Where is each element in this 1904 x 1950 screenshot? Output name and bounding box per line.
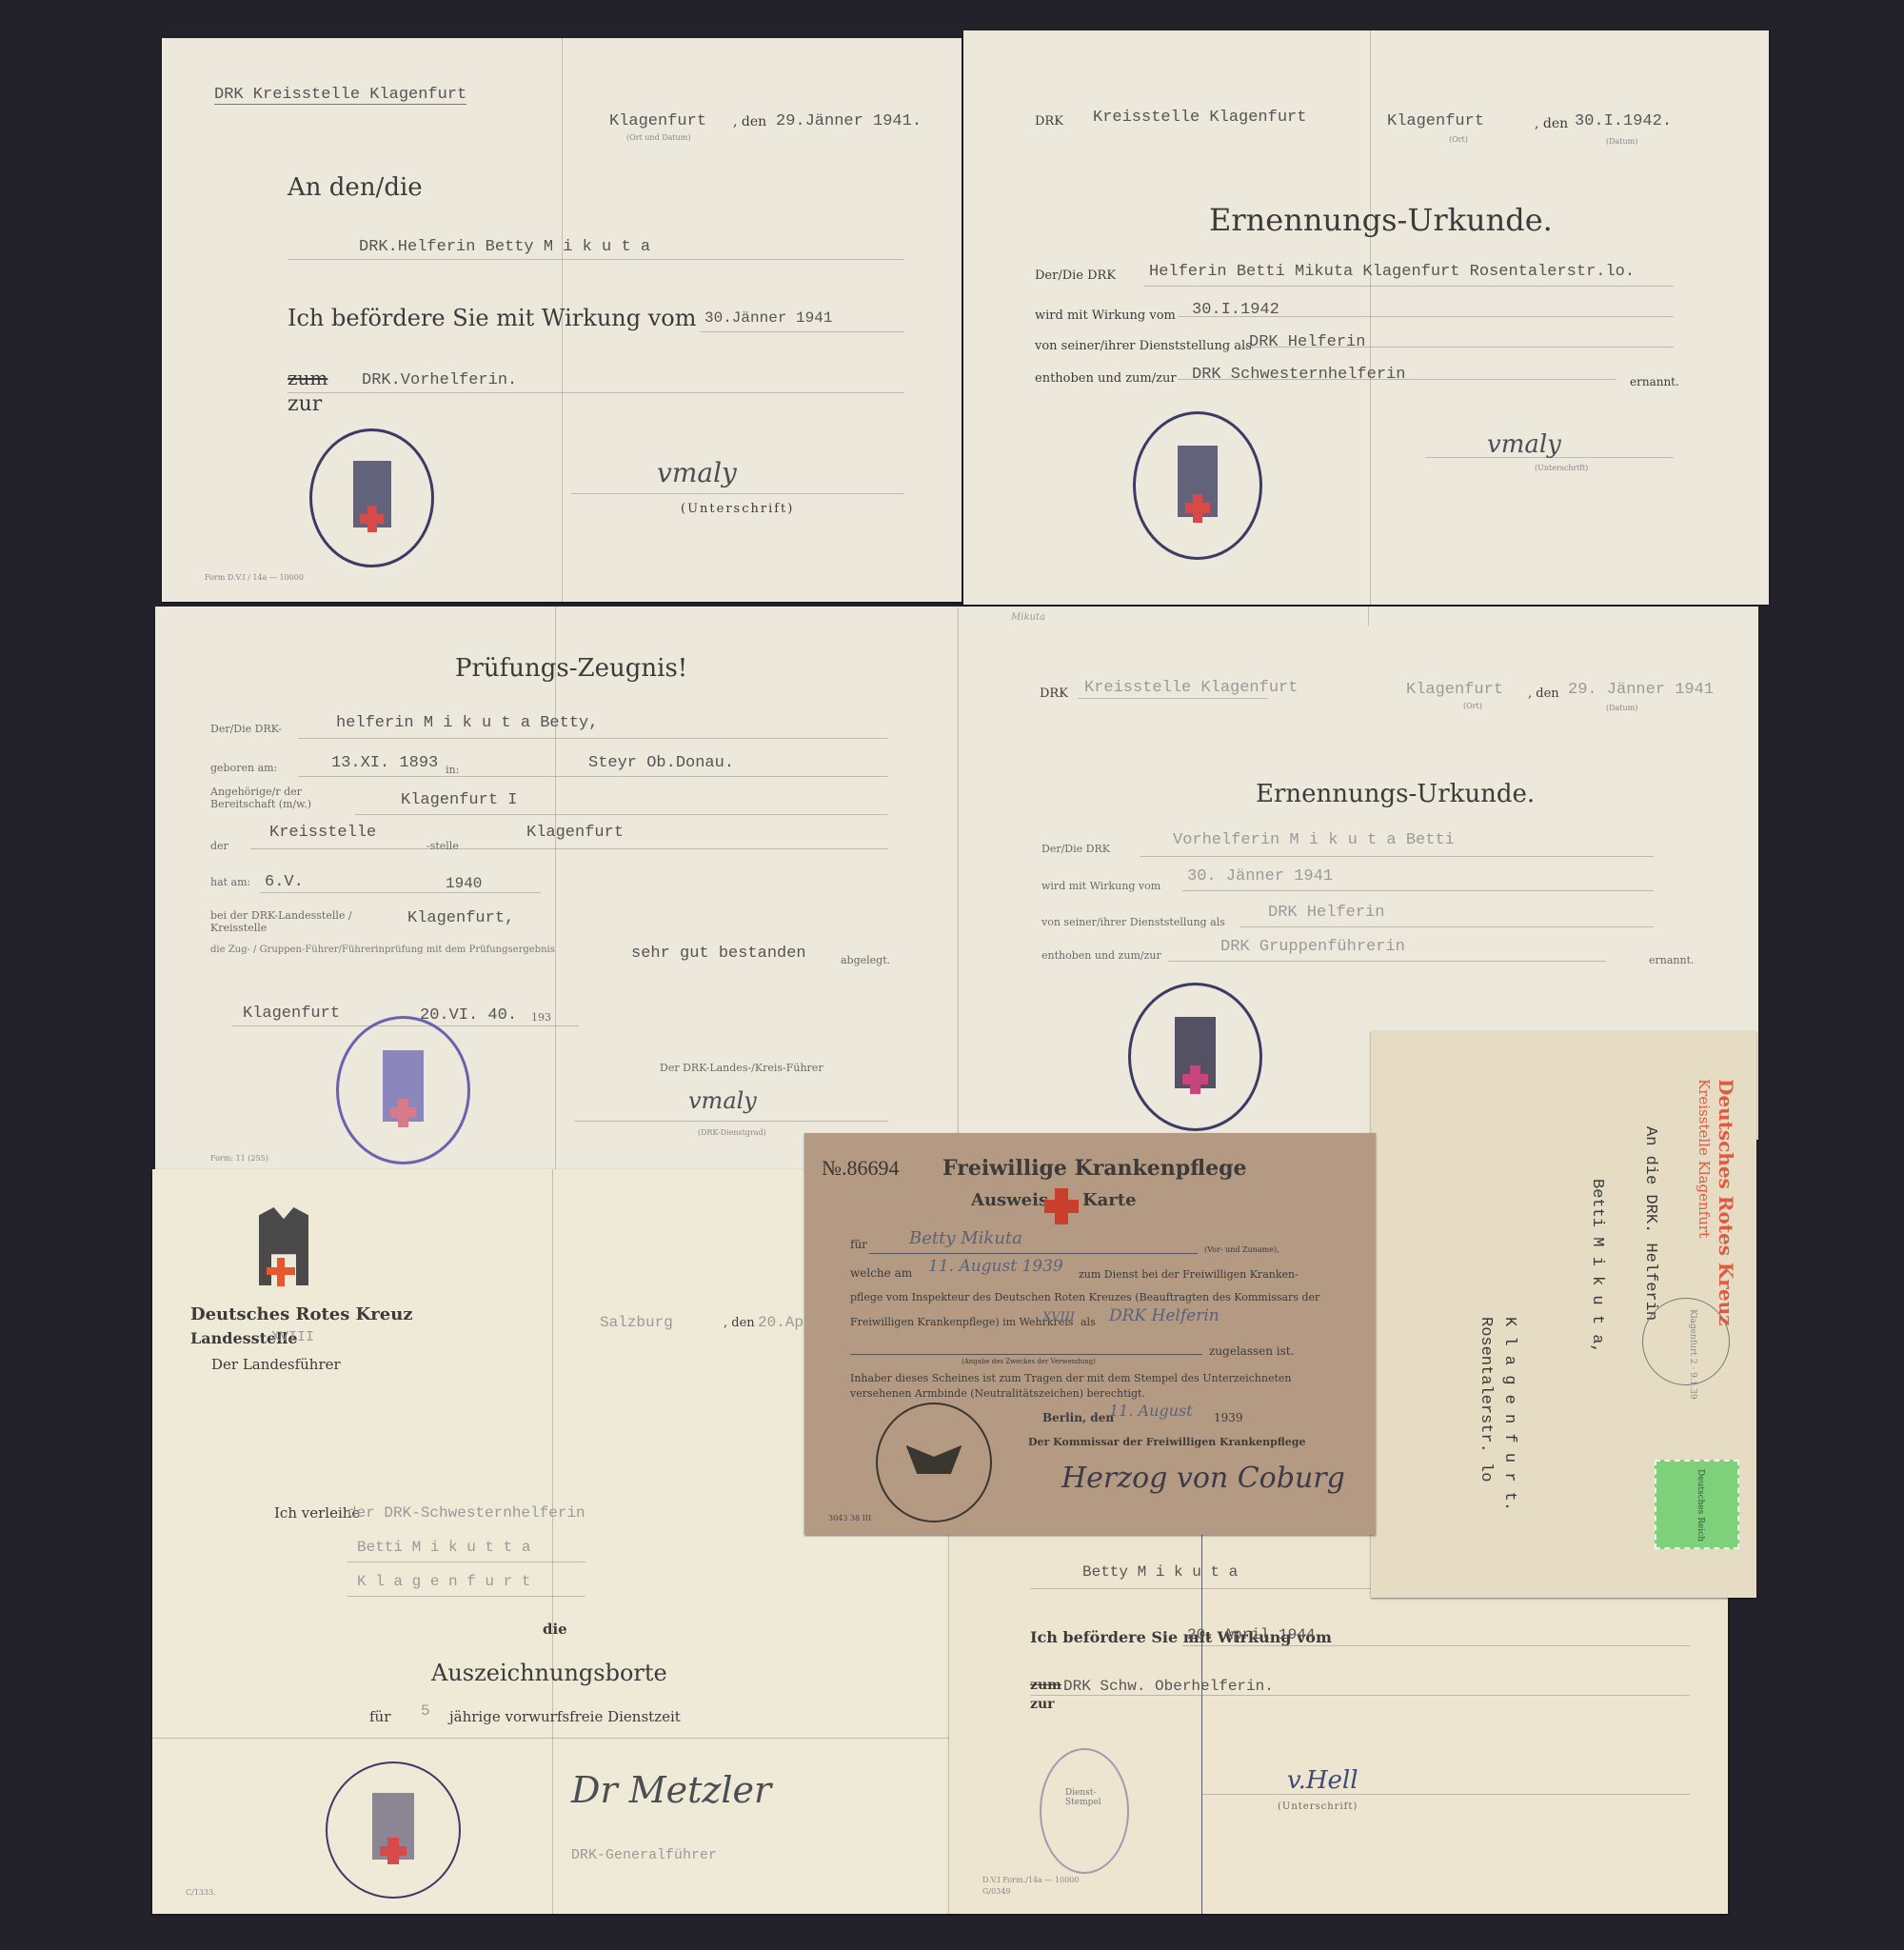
line4-value: DRK Helferin [1109,1306,1220,1325]
form-number: Form D.V.I / 14a — 10000 [205,573,304,582]
address-city: K l a g e n f u r t. [1500,1317,1518,1511]
rank: DRK Schw. Oberhelferin. [1063,1678,1274,1695]
card-title: Freiwillige Krankenpflege [942,1156,1247,1181]
kommissar-stamp [876,1403,992,1522]
row-value: 30. Jänner 1941 [1187,867,1333,885]
eagle-icon [906,1445,962,1475]
place: Klagenfurt [1406,681,1503,699]
appointment-certificate-1942: DRK Kreisstelle Klagenfurt Klagenfurt (O… [963,30,1769,605]
row-value: sehr gut bestanden [631,945,806,963]
date: 20.VI. 40. [420,1006,517,1025]
for-caption: (Vor- und Zuname), [1204,1245,1279,1254]
form-number: C/1333. [186,1888,216,1897]
wehrkreis: XVIII [1042,1310,1075,1324]
to-label: zur [288,392,322,416]
date-caption: (Datum) [1606,137,1637,146]
issuer: Der Kommissar der Freiwilligen Krankenpf… [1028,1436,1306,1448]
place: Klagenfurt [609,112,706,130]
envelope: Deutsches Rotes Kreuz Kreisstelle Klagen… [1371,1031,1756,1598]
row-label: Angehörige/r der Bereitschaft (m/w.) [210,786,334,810]
addressee-line1: An die DRK. Helferin [1641,1126,1659,1321]
row-value: DRK Helferin [1268,904,1384,922]
signer-label: Der DRK-Landes-/Kreis-Führer [660,1062,823,1074]
body-text: Inhaber dieses Scheines ist zum Tragen d… [850,1371,1326,1402]
line4-text: Freiwilligen Krankenpflege) im Wehrkreis [850,1316,1073,1328]
place: Klagenfurt [243,1005,340,1023]
for-value: Betty Mikuta [909,1228,1022,1248]
rank: DRK.Vorhelferin. [362,371,517,389]
signature-caption: (Unterschrift) [1278,1801,1358,1812]
paper-fold [152,1738,954,1739]
drk-stamp [326,1761,461,1899]
row-label: der [210,840,228,852]
form-number: D.V.I Form./14a — 10000 [982,1876,1079,1884]
article: die [543,1621,567,1638]
row-value: Kreisstelle [269,824,376,842]
sender-unit: Kreisstelle Klagenfurt [1696,1079,1713,1238]
row-value: Vorhelferin M i k u t a Betti [1173,831,1455,849]
recipient: Betty M i k u t a [1082,1563,1238,1581]
row-value: Klagenfurt [526,824,624,842]
row-value: Klagenfurt, [407,909,514,927]
row-value: Steyr Ob.Donau. [588,754,734,772]
duration-prefix: für [369,1708,390,1725]
row-value: helferin M i k u t a Betty, [336,714,598,732]
for-label: für [850,1238,867,1251]
doc-header: Kreisstelle Klagenfurt [1093,109,1306,127]
signature: vmaly [688,1087,757,1114]
row-label: wird mit Wirkung vom [1035,308,1176,323]
paper-fold [552,1169,553,1914]
recipient: DRK.Helferin Betty M i k u t a [359,238,650,256]
drk-stamp [336,1016,470,1164]
row-label: -stelle [426,840,459,852]
to-label-struck: zum [288,367,327,389]
signature: Dr Metzler [571,1769,771,1811]
line3-text: pflege vom Inspekteur des Deutschen Rote… [850,1291,1319,1303]
form-number: G/0349 [982,1887,1010,1896]
date-prefix: , den [733,114,766,129]
row-label: von seiner/ihrer Dienststellung als [1035,339,1252,353]
doc-header: DRK Kreisstelle Klagenfurt [214,86,466,105]
paper-fold [1368,607,1369,626]
row-value: Klagenfurt I [401,791,517,809]
effective-date: 20. April 1944 [1187,1626,1315,1643]
place-caption: (Ort) [1463,702,1482,710]
signature: Herzog von Coburg [1061,1462,1345,1495]
sender-org: Deutsches Rotes Kreuz [1715,1079,1737,1325]
row-label: die Zug- / Gruppen-Führer/Führerinprüfun… [210,945,563,955]
header-prefix: DRK [1040,686,1068,701]
row-label: Der/Die DRK- [210,723,282,735]
line2-label: welche am [850,1266,912,1280]
org-unit-value: XVIII [271,1329,314,1345]
salutation: An den/die [288,173,423,202]
row-label: Der/Die DRK [1035,269,1116,283]
header-prefix: DRK [1035,114,1063,129]
date-prefix: , den [1535,116,1568,131]
paper-fold [555,607,556,1171]
title: Ernennungs-Urkunde. [1209,202,1553,238]
line2-value: 11. August 1939 [928,1257,1063,1276]
row-label: enthoben und zum/zur [1035,371,1177,386]
form-number: Form: 11 (255) [210,1154,268,1163]
postmark [1642,1298,1730,1385]
row-suffix: abgelegt. [841,954,890,966]
doc-header: Kreisstelle Klagenfurt [1084,679,1298,697]
row-label: von seiner/ihrer Dienststellung als [1041,916,1225,928]
award-to: der DRK-Schwesternhelferin [347,1504,585,1522]
postage-stamp: Deutsches Reich [1655,1460,1739,1549]
date: 29. Jänner 1941 [1568,681,1714,699]
city: K l a g e n f u r t [357,1573,530,1590]
paper-fold [1370,30,1371,605]
place-caption: (Ort und Datum) [626,133,691,142]
issued-value: 11. August [1109,1402,1193,1420]
place: Klagenfurt [1387,112,1484,130]
line5-caption: (Angabe des Zweckes der Verwendung) [962,1358,1096,1365]
row-value: 13.XI. 1893 [331,754,438,772]
card-subtitle-left: Ausweis- [971,1190,1056,1210]
signature: vmaly [1487,430,1561,459]
row-label: wird mit Wirkung vom [1041,880,1160,892]
title: Prüfungs-Zeugnis! [455,654,687,683]
row-year: 1940 [446,875,482,892]
exam-certificate: Prüfungs-Zeugnis! Der/Die DRK- helferin … [155,607,960,1171]
place-caption: (Ort) [1449,135,1468,144]
signature-caption: (Unterschrift) [1535,464,1588,472]
drk-stamp [1133,411,1262,560]
year-prefix: 193 [531,1011,551,1024]
issued-label: Berlin, den [1042,1411,1114,1424]
duration-suffix: jährige vorwurfsfreie Dienstzeit [449,1708,681,1725]
row-value: 6.V. [265,873,304,891]
card-subtitle-right: Karte [1082,1190,1137,1210]
award-title: Auszeichnungsborte [431,1660,667,1686]
row-label: hat am: [210,876,250,888]
signature: v.Hell [1287,1766,1359,1795]
line5-suffix: zugelassen ist. [1209,1344,1294,1358]
postmark-text: Klagenfurt 2 · 9.1.39 [1688,1309,1697,1400]
drk-stamp [1128,983,1262,1131]
signature-caption: (Unterschrift) [681,502,794,516]
effective-date: 30.Jänner 1941 [704,309,832,327]
row-label: Der/Die DRK [1041,843,1110,855]
date-caption: (Datum) [1606,704,1637,712]
row-label: enthoben und zum/zur [1041,949,1161,962]
name: Betti M i k u t t a [357,1539,530,1556]
promotion-text: Ich befördere Sie mit Wirkung vom [288,305,697,331]
signer-title: DRK-Generalführer [571,1847,717,1863]
to-label: zur [1030,1697,1055,1712]
margin-note: Mikuta [1011,612,1045,623]
paper-fold [1201,1523,1202,1914]
date: 30.I.1942. [1575,112,1672,130]
card-number: №.86694 [822,1156,900,1181]
service-stamp: Dienst-Stempel [1040,1748,1129,1874]
stamp-label: Dienst-Stempel [1065,1788,1101,1807]
date-prefix: , den [1528,686,1559,701]
issued-year: 1939 [1214,1411,1243,1424]
promotion-letter-1941: DRK Kreisstelle Klagenfurt Klagenfurt (O… [162,38,962,602]
org-role: Der Landesführer [211,1356,341,1373]
row-label: geboren am: [210,762,277,774]
line4-als: als [1081,1316,1096,1328]
addressee-line2: Betti M i k u t a, [1588,1179,1606,1354]
row-value: DRK Gruppenführerin [1220,938,1405,956]
place: Salzburg [600,1314,673,1331]
row-label: in: [446,764,459,776]
date: 29.Jänner 1941. [776,112,922,130]
row-value: Helferin Betti Mikuta Klagenfurt Rosenta… [1149,263,1635,281]
drk-stamp [309,428,434,567]
signer-caption: (DRK-Dienstgrad) [698,1128,766,1137]
date-prefix: , den [724,1316,755,1330]
row-suffix: ernannt. [1630,375,1679,388]
print-code: 3043 38 III [828,1514,871,1522]
stamp-label: Deutsches Reich [1696,1469,1705,1542]
row-label: bei der DRK-Landesstelle / Kreisstelle [210,909,358,934]
row-value: DRK Helferin [1249,333,1365,351]
row-value: DRK Schwesternhelferin [1192,366,1405,384]
line2-text: zum Dienst bei der Freiwilligen Kranken- [1079,1268,1299,1281]
duration-years: 5 [421,1702,430,1720]
signature: vmaly [657,457,737,488]
to-label-struck: zum [1030,1678,1061,1693]
row-suffix: ernannt. [1649,954,1695,966]
title: Ernennungs-Urkunde. [1256,780,1535,808]
volunteer-nursing-id-card: №.86694 Freiwillige Krankenpflege Auswei… [804,1133,1376,1535]
org-name: Deutsches Rotes Kreuz [190,1304,413,1324]
address-street: Rosentalerstr. lo [1477,1317,1495,1482]
